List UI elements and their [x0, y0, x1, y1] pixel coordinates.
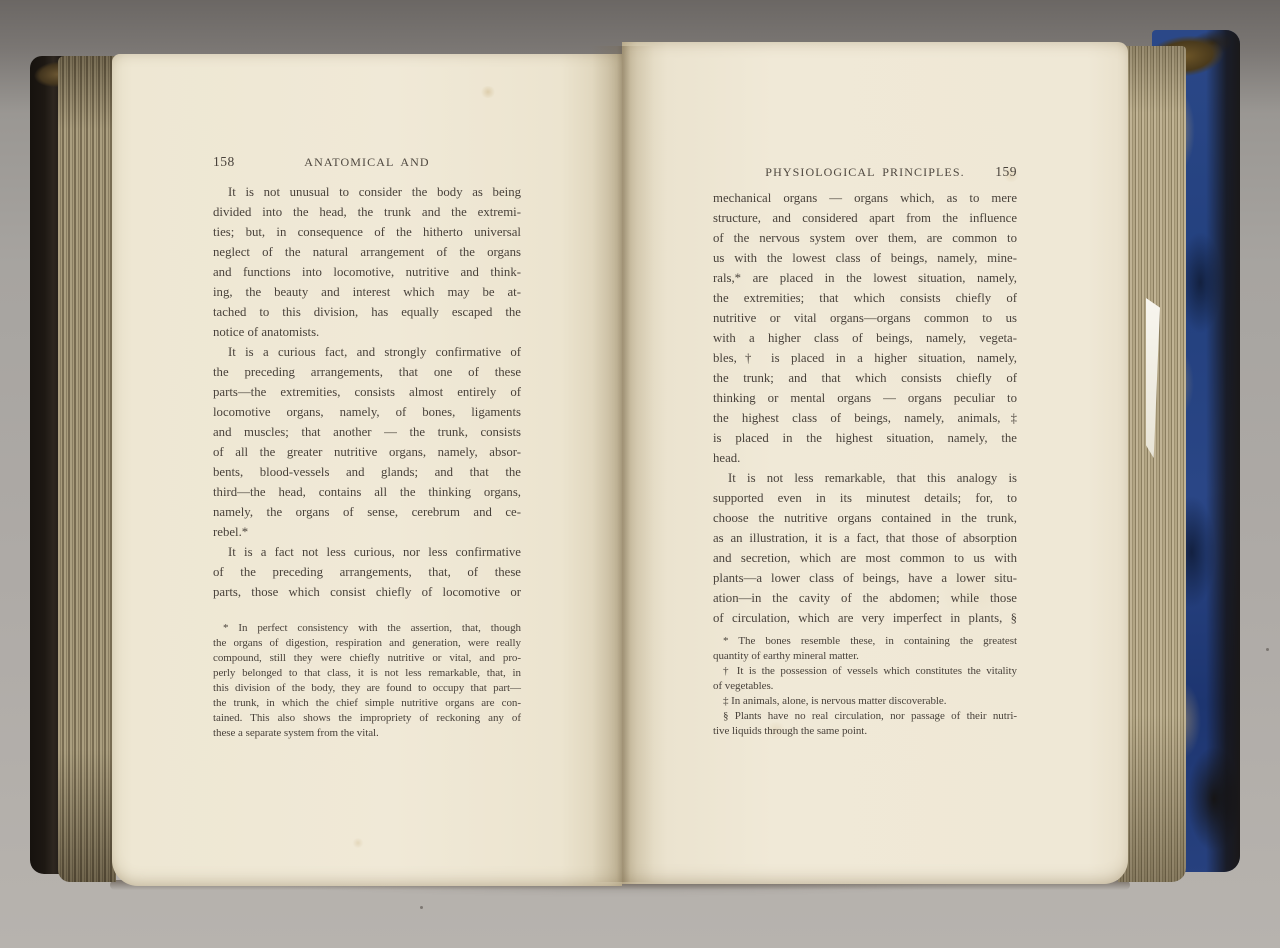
text-line: divided into the head, the trunk and the… [213, 202, 521, 222]
text-line: * In perfect consistency with the assert… [213, 621, 521, 636]
paragraph: § Plants have no real circulation, nor p… [713, 709, 1017, 739]
text-line: locomotive organs, namely, of bones, lig… [213, 402, 521, 422]
text-line: ing, the beauty and interest which may b… [213, 282, 521, 302]
paragraph: ‡ In animals, alone, is nervous matter d… [713, 694, 1017, 709]
footnotes: * The bones resemble these, in containin… [713, 634, 1017, 739]
page-number: 159 [973, 164, 1017, 180]
text-line: * The bones resemble these, in containin… [713, 634, 1017, 649]
book: 158 ANATOMICAL AND It is not unusual to … [0, 0, 1280, 948]
text-line: It is a fact not less curious, nor less … [213, 542, 521, 562]
foxing-stain [480, 86, 496, 98]
text-line: of circulation, which are very imperfect… [713, 608, 1017, 628]
text-line: rebel.* [213, 522, 521, 542]
photo-background: 158 ANATOMICAL AND It is not unusual to … [0, 0, 1280, 948]
footnotes: * In perfect consistency with the assert… [213, 621, 521, 741]
text-line: notice of anatomists. [213, 322, 521, 342]
text-line: the highest class of beings, namely, ani… [713, 408, 1017, 428]
paragraph: It is not unusual to consider the body a… [213, 182, 521, 342]
text-line: third—the head, contains all the thinkin… [213, 482, 521, 502]
text-line: § Plants have no real circulation, nor p… [713, 709, 1017, 724]
text-line: the trunk; and that which consists chief… [713, 368, 1017, 388]
text-line: the preceding arrangements, that one of … [213, 362, 521, 382]
text-line: rals,* are placed in the lowest situatio… [713, 268, 1017, 288]
text-line: bles,† is placed in a higher situation, … [713, 348, 1017, 368]
text-line: and muscles; that another — the trunk, c… [213, 422, 521, 442]
text-line: perly belonged to that class, it is not … [213, 666, 521, 681]
text-line: with a higher class of beings, namely, v… [713, 328, 1017, 348]
text-line: supported even in its minutest details; … [713, 488, 1017, 508]
text-line: the organs of digestion, respiration and… [213, 636, 521, 651]
text-line: is placed in the highest situation, name… [713, 428, 1017, 448]
text-line: tive liquids through the same point. [713, 724, 1017, 739]
paragraph: † It is the possession of vessels which … [713, 664, 1017, 694]
text-line: us with the lowest class of beings, name… [713, 248, 1017, 268]
text-line: It is a curious fact, and strongly confi… [213, 342, 521, 362]
text-line: this division of the body, they are foun… [213, 681, 521, 696]
text-line: thinking or mental organs — organs pecul… [713, 388, 1017, 408]
paragraph: It is a curious fact, and strongly confi… [213, 342, 521, 542]
text-line: ation—in the cavity of the abdomen; whil… [713, 588, 1017, 608]
text-line: ties; but, in consequence of the hithert… [213, 222, 521, 242]
text-line: these a separate system from the vital. [213, 726, 521, 741]
text-line: as an illustration, it is a fact, that t… [713, 528, 1017, 548]
page-body-text: mechanical organs — organs which, as to … [713, 188, 1017, 628]
text-line: bents, blood-vessels and glands; and tha… [213, 462, 521, 482]
paragraph: It is not less remarkable, that this ana… [713, 468, 1017, 628]
text-line: It is not less remarkable, that this ana… [713, 468, 1017, 488]
left-page-fore-edges [58, 56, 116, 882]
paragraph: * In perfect consistency with the assert… [213, 621, 521, 741]
text-line: tached to this division, has equally esc… [213, 302, 521, 322]
foxing-stain [352, 838, 364, 848]
text-line: ‡ In animals, alone, is nervous matter d… [713, 694, 1017, 709]
left-page: 158 ANATOMICAL AND It is not unusual to … [112, 54, 622, 886]
text-line: compound, still they were chiefly nutrit… [213, 651, 521, 666]
paragraph: It is a fact not less curious, nor less … [213, 542, 521, 602]
text-line: nutritive or vital organs—organs common … [713, 308, 1017, 328]
text-line: the extremities; that which consists chi… [713, 288, 1017, 308]
text-line: of vegetables. [713, 679, 1017, 694]
text-line: of all the greater nutritive organs, nam… [213, 442, 521, 462]
text-line: parts—the extremities, consists almost e… [213, 382, 521, 402]
paragraph: mechanical organs — organs which, as to … [713, 188, 1017, 468]
text-line: structure, and considered apart from the… [713, 208, 1017, 228]
text-line: head. [713, 448, 1017, 468]
right-page: PHYSIOLOGICAL PRINCIPLES. 159 mechanical… [622, 42, 1128, 884]
text-line: plants—a lower class of beings, have a l… [713, 568, 1017, 588]
text-line: namely, the organs of sense, cerebrum an… [213, 502, 521, 522]
text-line: and secretion, which are most common to … [713, 548, 1017, 568]
text-line: and functions into locomotive, nutritive… [213, 262, 521, 282]
text-line: the trunk, in which the chief simple nut… [213, 696, 521, 711]
text-line: of the preceding arrangements, that, of … [213, 562, 521, 582]
page-number: 158 [213, 154, 257, 170]
text-line: tained. This also shows the impropriety … [213, 711, 521, 726]
text-line: † It is the possession of vessels which … [713, 664, 1017, 679]
paragraph: * The bones resemble these, in containin… [713, 634, 1017, 664]
running-header: PHYSIOLOGICAL PRINCIPLES. 159 [713, 164, 1017, 180]
text-line: of the nervous system over them, are com… [713, 228, 1017, 248]
text-line: choose the nutritive organs contained in… [713, 508, 1017, 528]
text-line: quantity of earthy mineral matter. [713, 649, 1017, 664]
text-line: mechanical organs — organs which, as to … [713, 188, 1017, 208]
running-head: PHYSIOLOGICAL PRINCIPLES. [757, 165, 973, 180]
right-page-fore-edges [1118, 46, 1186, 882]
text-line: parts, those which consist chiefly of lo… [213, 582, 521, 602]
paper-slip [1146, 298, 1160, 458]
cover-wear-corner [1178, 734, 1238, 864]
text-line: neglect of the natural arrangement of th… [213, 242, 521, 262]
page-body-text: It is not unusual to consider the body a… [213, 182, 521, 602]
running-header: 158 ANATOMICAL AND [213, 154, 521, 170]
text-line: It is not unusual to consider the body a… [213, 182, 521, 202]
running-head: ANATOMICAL AND [257, 155, 477, 170]
